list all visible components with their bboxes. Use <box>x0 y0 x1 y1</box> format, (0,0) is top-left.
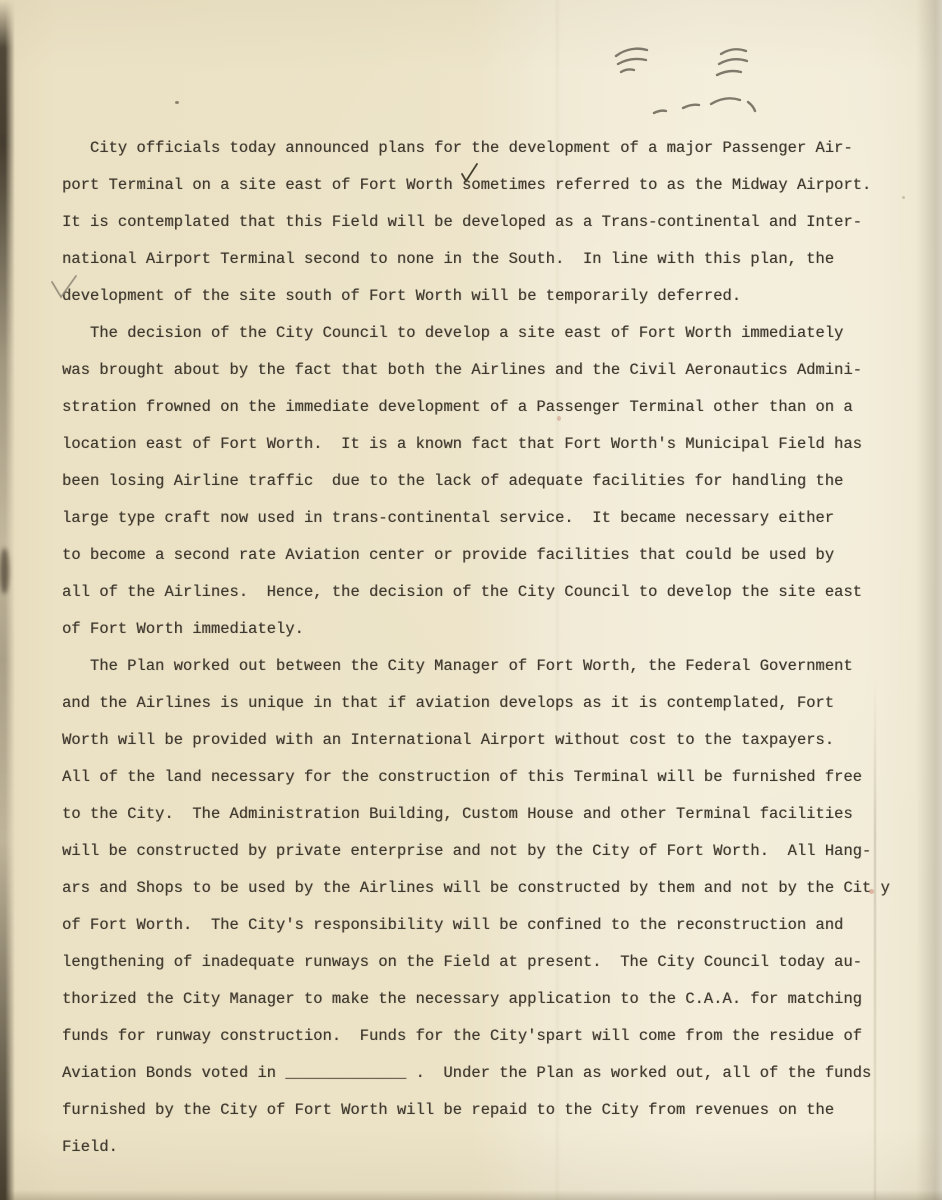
typed-line: Aviation Bonds voted in _____________ . … <box>62 1055 922 1092</box>
typed-line: large type craft now used in trans-conti… <box>62 500 922 537</box>
typed-line: The Plan worked out between the City Man… <box>62 648 922 685</box>
scanned-document: { "page": { "kind": "typewritten press r… <box>0 0 942 1200</box>
scan-edge-bottom <box>0 1190 942 1200</box>
scan-edge-blob <box>0 548 9 594</box>
typed-line: to become a second rate Aviation center … <box>62 537 922 574</box>
typed-line: thorized the City Manager to make the ne… <box>62 981 922 1018</box>
typed-line: to the City. The Administration Building… <box>62 796 922 833</box>
paper-stain <box>557 416 561 421</box>
typed-line: location east of Fort Worth. It is a kno… <box>62 426 922 463</box>
typed-line: All of the land necessary for the constr… <box>62 759 922 796</box>
paragraph-3: The Plan worked out between the City Man… <box>62 648 922 1166</box>
typed-line: furnished by the City of Fort Worth will… <box>62 1092 922 1129</box>
typed-line: It is contemplated that this Field will … <box>62 204 922 241</box>
typed-line: lengthening of inadequate runways on the… <box>62 944 922 981</box>
ink-speck <box>175 101 179 104</box>
typed-line: of Fort Worth. The City's responsibility… <box>62 907 922 944</box>
typed-line: City officials today announced plans for… <box>62 130 922 167</box>
typed-line: The decision of the City Council to deve… <box>62 315 922 352</box>
scan-edge-left <box>0 0 15 1200</box>
typed-line: stration frowned on the immediate develo… <box>62 389 922 426</box>
typewritten-text: City officials today announced plans for… <box>62 130 922 1166</box>
paper-stain <box>869 889 874 894</box>
typed-line: will be constructed by private enterpris… <box>62 833 922 870</box>
typed-line: been losing Airline traffic due to the l… <box>62 463 922 500</box>
typed-line: and the Airlines is unique in that if av… <box>62 685 922 722</box>
typed-line: ars and Shops to be used by the Airlines… <box>62 870 922 907</box>
paragraph-1: City officials today announced plans for… <box>62 130 922 315</box>
typed-line: port Terminal on a site east of Fort Wor… <box>62 167 922 204</box>
typed-line: development of the site south of Fort Wo… <box>62 278 922 315</box>
typed-line: Field. <box>62 1129 922 1166</box>
typed-line: of Fort Worth immediately. <box>62 611 922 648</box>
paper-stain <box>902 196 905 199</box>
typed-line: funds for runway construction. Funds for… <box>62 1018 922 1055</box>
typed-line: national Airport Terminal second to none… <box>62 241 922 278</box>
typed-line: Worth will be provided with an Internati… <box>62 722 922 759</box>
typed-line: was brought about by the fact that both … <box>62 352 922 389</box>
typed-line: all of the Airlines. Hence, the decision… <box>62 574 922 611</box>
paragraph-2: The decision of the City Council to deve… <box>62 315 922 648</box>
